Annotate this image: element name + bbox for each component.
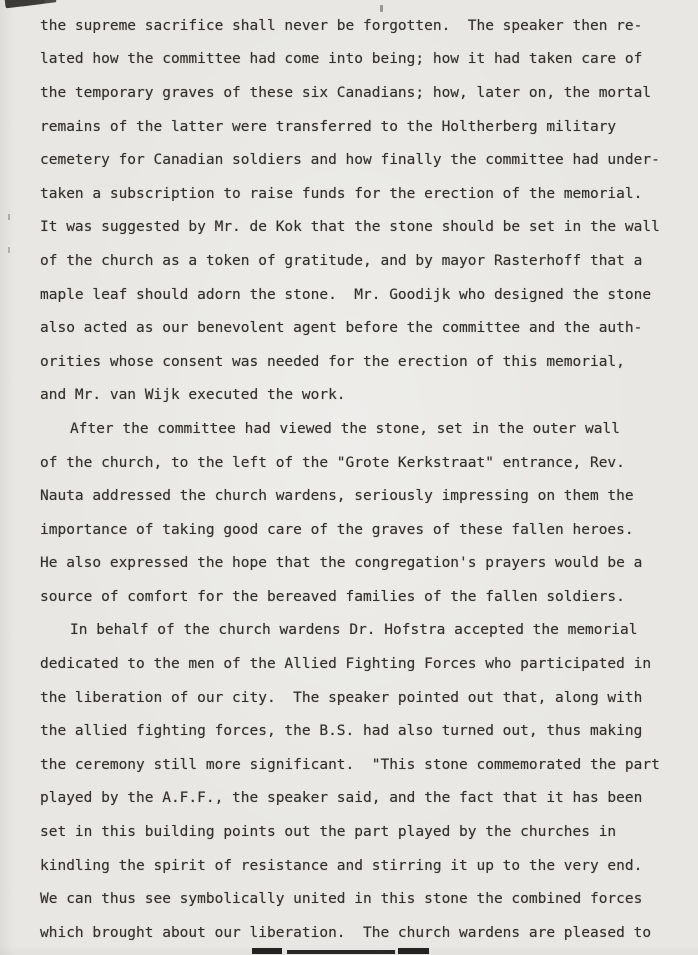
text-line: the temporary graves of these six Canadi… bbox=[40, 76, 688, 110]
text-line: Nauta addressed the church wardens, seri… bbox=[40, 479, 688, 513]
scan-artifact-cropped-text-bottom bbox=[287, 950, 395, 954]
scan-speck-left-margin bbox=[8, 214, 10, 220]
text-line-paragraph-start: In behalf of the church wardens Dr. Hofs… bbox=[40, 614, 688, 648]
text-line-paragraph-start: After the committee had viewed the stone… bbox=[40, 412, 688, 446]
text-line: dedicated to the men of the Allied Fight… bbox=[40, 647, 688, 681]
text-line: the allied fighting forces, the B.S. had… bbox=[40, 714, 688, 748]
text-line: cemetery for Canadian soldiers and how f… bbox=[40, 143, 688, 177]
document-page: the supreme sacrifice shall never be for… bbox=[0, 0, 698, 955]
text-line: maple leaf should adorn the stone. Mr. G… bbox=[40, 278, 688, 312]
text-line: also acted as our benevolent agent befor… bbox=[40, 311, 688, 345]
scan-speck-left-margin bbox=[8, 247, 10, 253]
text-line: remains of the latter were transferred t… bbox=[40, 110, 688, 144]
text-line: kindling the spirit of resistance and st… bbox=[40, 849, 688, 883]
text-line: lated how the committee had come into be… bbox=[40, 43, 688, 77]
text-line: set in this building points out the part… bbox=[40, 815, 688, 849]
text-line: the liberation of our city. The speaker … bbox=[40, 681, 688, 715]
text-line: which brought about our liberation. The … bbox=[40, 916, 688, 950]
text-line: taken a subscription to raise funds for … bbox=[40, 177, 688, 211]
text-line: and Mr. van Wijk executed the work. bbox=[40, 379, 688, 413]
text-line: orities whose consent was needed for the… bbox=[40, 345, 688, 379]
text-line: of the church, to the left of the "Grote… bbox=[40, 446, 688, 480]
text-line: of the church as a token of gratitude, a… bbox=[40, 244, 688, 278]
text-line: He also expressed the hope that the cong… bbox=[40, 547, 688, 581]
document-body: the supreme sacrifice shall never be for… bbox=[40, 9, 688, 950]
text-line: We can thus see symbolically united in t… bbox=[40, 882, 688, 916]
text-line: importance of taking good care of the gr… bbox=[40, 513, 688, 547]
text-line: played by the A.F.F., the speaker said, … bbox=[40, 782, 688, 816]
text-line: source of comfort for the bereaved famil… bbox=[40, 580, 688, 614]
text-line: the supreme sacrifice shall never be for… bbox=[40, 9, 688, 43]
text-line: It was suggested by Mr. de Kok that the … bbox=[40, 211, 688, 245]
scan-artifact-top-left-corner bbox=[5, 0, 46, 8]
text-line: the ceremony still more significant. "Th… bbox=[40, 748, 688, 782]
